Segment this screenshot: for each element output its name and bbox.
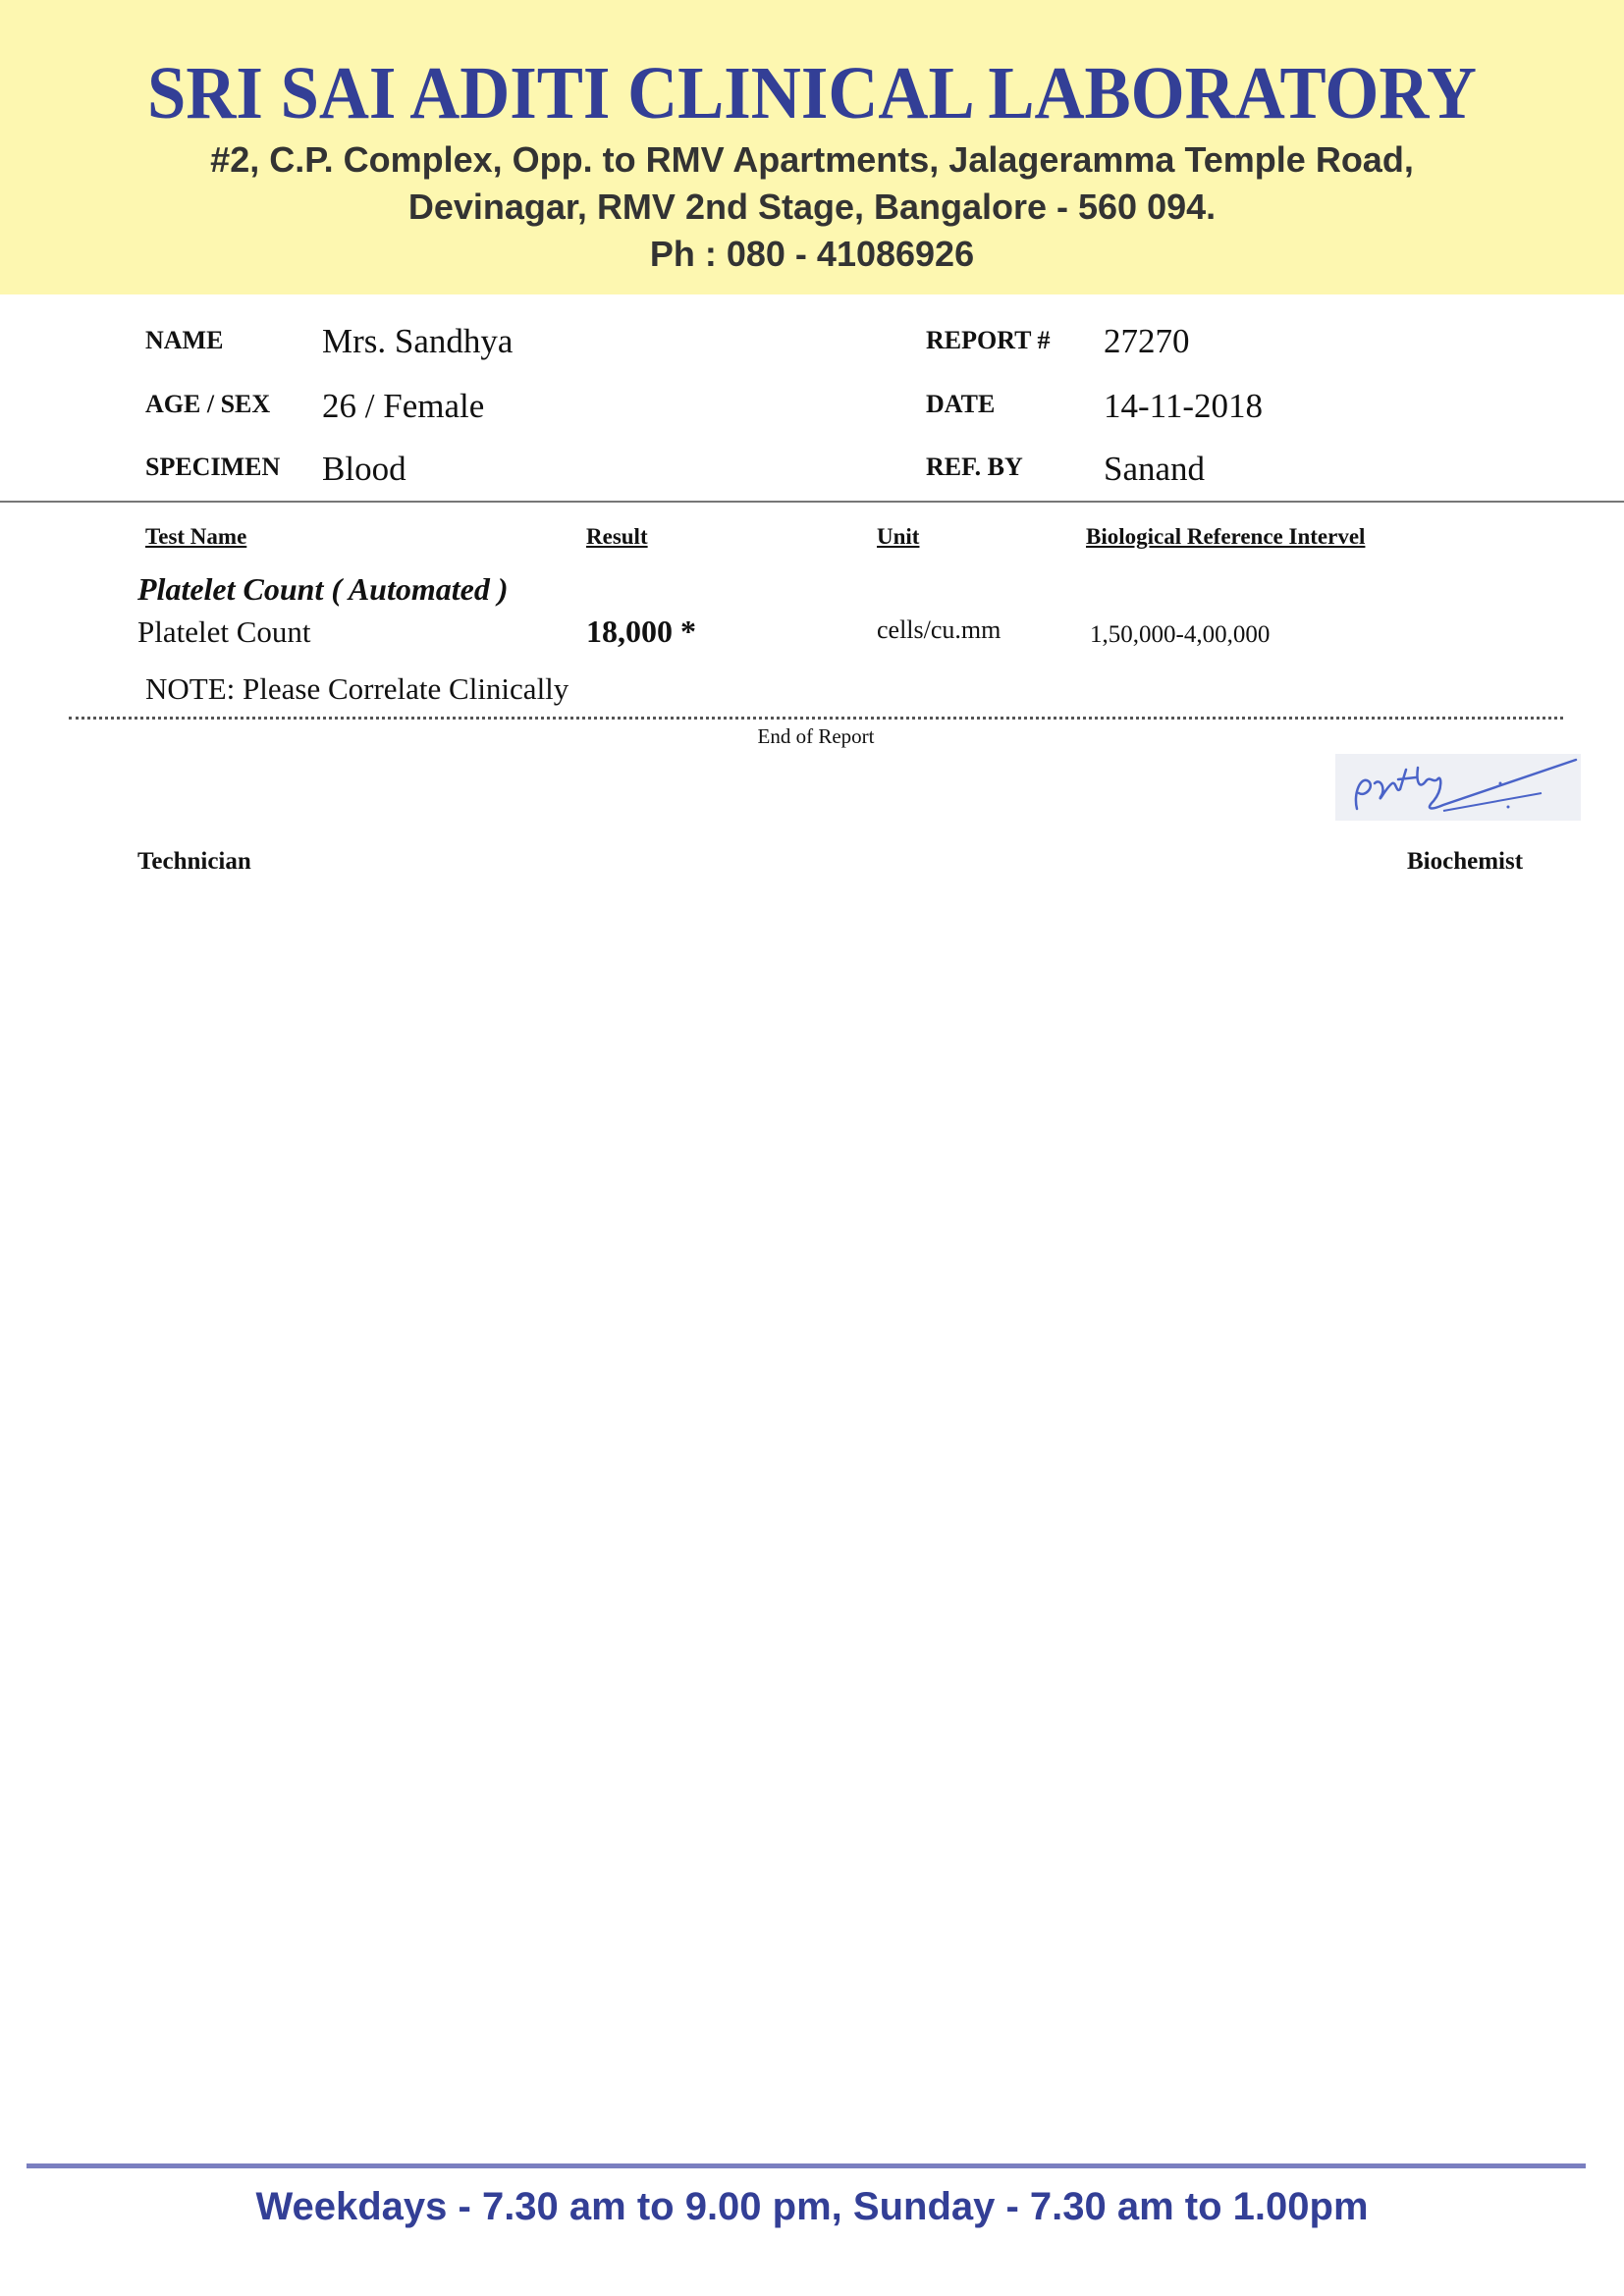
technician-label: Technician — [137, 848, 251, 876]
test-group-title: Platelet Count ( Automated ) — [137, 571, 508, 608]
footer-divider — [27, 2163, 1586, 2168]
patient-age-sex: 26 / Female — [322, 387, 484, 426]
specimen-label: SPECIMEN — [145, 453, 280, 482]
ref-by-value: Sanand — [1104, 450, 1205, 489]
col-test-name: Test Name — [145, 524, 246, 550]
col-unit: Unit — [877, 524, 919, 550]
ref-by-label: REF. BY — [926, 453, 1023, 482]
signature-icon — [1335, 754, 1581, 821]
report-date: 14-11-2018 — [1104, 387, 1263, 426]
test-unit: cells/cu.mm — [877, 615, 1001, 645]
letterhead: SRI SAI ADITI CLINICAL LABORATORY #2, C.… — [0, 0, 1624, 294]
report-label: REPORT # — [926, 326, 1050, 355]
age-sex-label: AGE / SEX — [145, 390, 270, 419]
report-number: 27270 — [1104, 322, 1190, 361]
working-hours: Weekdays - 7.30 am to 9.00 pm, Sunday - … — [0, 2185, 1624, 2229]
biochemist-signature — [1335, 754, 1581, 821]
dotted-divider — [69, 717, 1563, 720]
test-name: Platelet Count — [137, 614, 311, 650]
clinical-note: NOTE: Please Correlate Clinically — [145, 671, 568, 707]
test-result: 18,000 * — [586, 614, 696, 650]
date-label: DATE — [926, 390, 995, 419]
address-line-2: Devinagar, RMV 2nd Stage, Bangalore - 56… — [0, 187, 1624, 228]
end-of-report: End of Report — [0, 724, 1624, 749]
lab-name: SRI SAI ADITI CLINICAL LABORATORY — [57, 51, 1567, 136]
test-reference: 1,50,000-4,00,000 — [1090, 621, 1270, 649]
col-result: Result — [586, 524, 648, 550]
biochemist-label: Biochemist — [1407, 848, 1523, 876]
divider — [0, 501, 1624, 503]
patient-name: Mrs. Sandhya — [322, 322, 513, 361]
col-reference: Biological Reference Intervel — [1086, 524, 1365, 550]
phone-number: Ph : 080 - 41086926 — [0, 234, 1624, 275]
name-label: NAME — [145, 326, 223, 355]
specimen-value: Blood — [322, 450, 406, 489]
address-line-1: #2, C.P. Complex, Opp. to RMV Apartments… — [0, 139, 1624, 181]
